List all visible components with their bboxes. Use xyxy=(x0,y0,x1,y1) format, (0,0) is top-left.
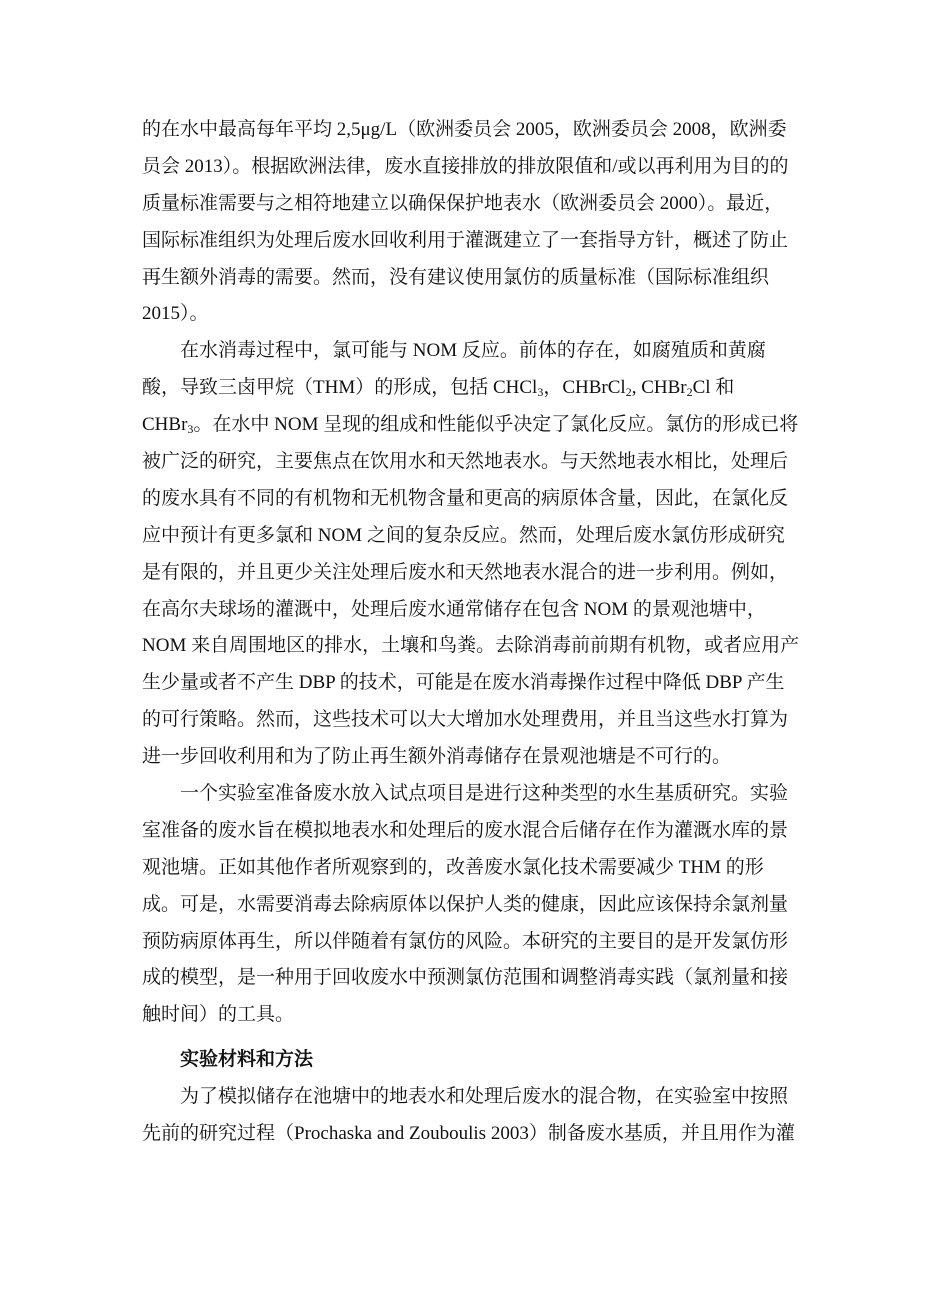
document-page: 的在水中最高每年平均 2,5μg/L（欧洲委员会 2005，欧洲委员会 2008… xyxy=(142,112,792,1153)
paragraph-3: 一个实验室准备废水放入试点项目是进行这种类型的水生基质研究。实验 室准备的废水旨… xyxy=(142,776,792,1034)
section-heading: 实验材料和方法 xyxy=(142,1042,792,1079)
text-run: ，CHBrCl xyxy=(543,377,625,398)
paragraph-1: 的在水中最高每年平均 2,5μg/L（欧洲委员会 2005，欧洲委员会 2008… xyxy=(142,112,792,333)
text-line: 生少量或者不产生 DBP 的技术，可能是在废水消毒操作过程中降低 DBP 产生 xyxy=(142,665,792,702)
text-line: 国际标准组织为处理后废水回收利用于灌溉建立了一套指导方针，概述了防止 xyxy=(142,223,792,260)
text-line: 应中预计有更多氯和 NOM 之间的复杂反应。然而，处理后废水氯仿形成研究 xyxy=(142,518,792,555)
text-line: 的可行策略。然而，这些技术可以大大增加水处理费用，并且当这些水打算为 xyxy=(142,702,792,739)
text-line: 2015）。 xyxy=(142,296,792,333)
text-run: CHBr xyxy=(142,414,187,435)
text-line: 被广泛的研究，主要焦点在饮用水和天然地表水。与天然地表水相比，处理后 xyxy=(142,444,792,481)
text-line: 再生额外消毒的需要。然而，没有建议使用氯仿的质量标准（国际标准组织 xyxy=(142,260,792,297)
paragraph-2: 在水消毒过程中，氯可能与 NOM 反应。前体的存在，如腐殖质和黄腐 酸，导致三卤… xyxy=(142,333,792,776)
text-line: 的在水中最高每年平均 2,5μg/L（欧洲委员会 2005，欧洲委员会 2008… xyxy=(142,112,792,149)
paragraph-4: 为了模拟储存在池塘中的地表水和处理后废水的混合物，在实验室中按照 先前的研究过程… xyxy=(142,1079,792,1153)
text-line: 观池塘。正如其他作者所观察到的，改善废水氯化技术需要减少 THM 的形 xyxy=(142,850,792,887)
text-line: 是有限的，并且更少关注处理后废水和天然地表水混合的进一步利用。例如， xyxy=(142,555,792,592)
text-line: 进一步回收利用和为了防止再生额外消毒储存在景观池塘是不可行的。 xyxy=(142,739,792,776)
text-line: 一个实验室准备废水放入试点项目是进行这种类型的水生基质研究。实验 xyxy=(142,776,792,813)
text-run: , CHBr xyxy=(632,377,687,398)
text-line: 成的模型，是一种用于回收废水中预测氯仿范围和调整消毒实践（氯剂量和接 xyxy=(142,960,792,997)
text-line: 为了模拟储存在池塘中的地表水和处理后废水的混合物，在实验室中按照 xyxy=(142,1079,792,1116)
text-line: 触时间）的工具。 xyxy=(142,997,792,1034)
text-line: 成。可是，水需要消毒去除病原体以保护人类的健康，因此应该保持余氯剂量 xyxy=(142,887,792,924)
text-line: 的废水具有不同的有机物和无机物含量和更高的病原体含量，因此，在氯化反 xyxy=(142,481,792,518)
text-line-with-formulas: 酸，导致三卤甲烷（THM）的形成，包括 CHCl3，CHBrCl2, CHBr2… xyxy=(142,370,792,407)
text-line: 室准备的废水旨在模拟地表水和处理后的废水混合后储存在作为灌溉水库的景 xyxy=(142,813,792,850)
text-run: Cl 和 xyxy=(693,377,735,398)
text-line: 员会 2013）。根据欧洲法律，废水直接排放的排放限值和/或以再利用为目的的 xyxy=(142,149,792,186)
text-line: 质量标准需要与之相符地建立以确保保护地表水（欧洲委员会 2000）。最近， xyxy=(142,186,792,223)
text-run: 。在水中 NOM 呈现的组成和性能似乎决定了氯化反应。氯仿的形成已将 xyxy=(193,414,798,435)
text-run: 酸，导致三卤甲烷（THM）的形成，包括 CHCl xyxy=(142,377,537,398)
text-line: 先前的研究过程（Prochaska and Zouboulis 2003）制备废… xyxy=(142,1116,792,1153)
text-line: 预防病原体再生，所以伴随着有氯仿的风险。本研究的主要目的是开发氯仿形 xyxy=(142,924,792,961)
text-line: NOM 来自周围地区的排水，土壤和鸟粪。去除消毒前前期有机物，或者应用产 xyxy=(142,628,792,665)
text-line: 在高尔夫球场的灌溉中，处理后废水通常储存在包含 NOM 的景观池塘中， xyxy=(142,592,792,629)
text-line-with-formulas: CHBr3。在水中 NOM 呈现的组成和性能似乎决定了氯化反应。氯仿的形成已将 xyxy=(142,407,792,444)
text-line: 在水消毒过程中，氯可能与 NOM 反应。前体的存在，如腐殖质和黄腐 xyxy=(142,333,792,370)
